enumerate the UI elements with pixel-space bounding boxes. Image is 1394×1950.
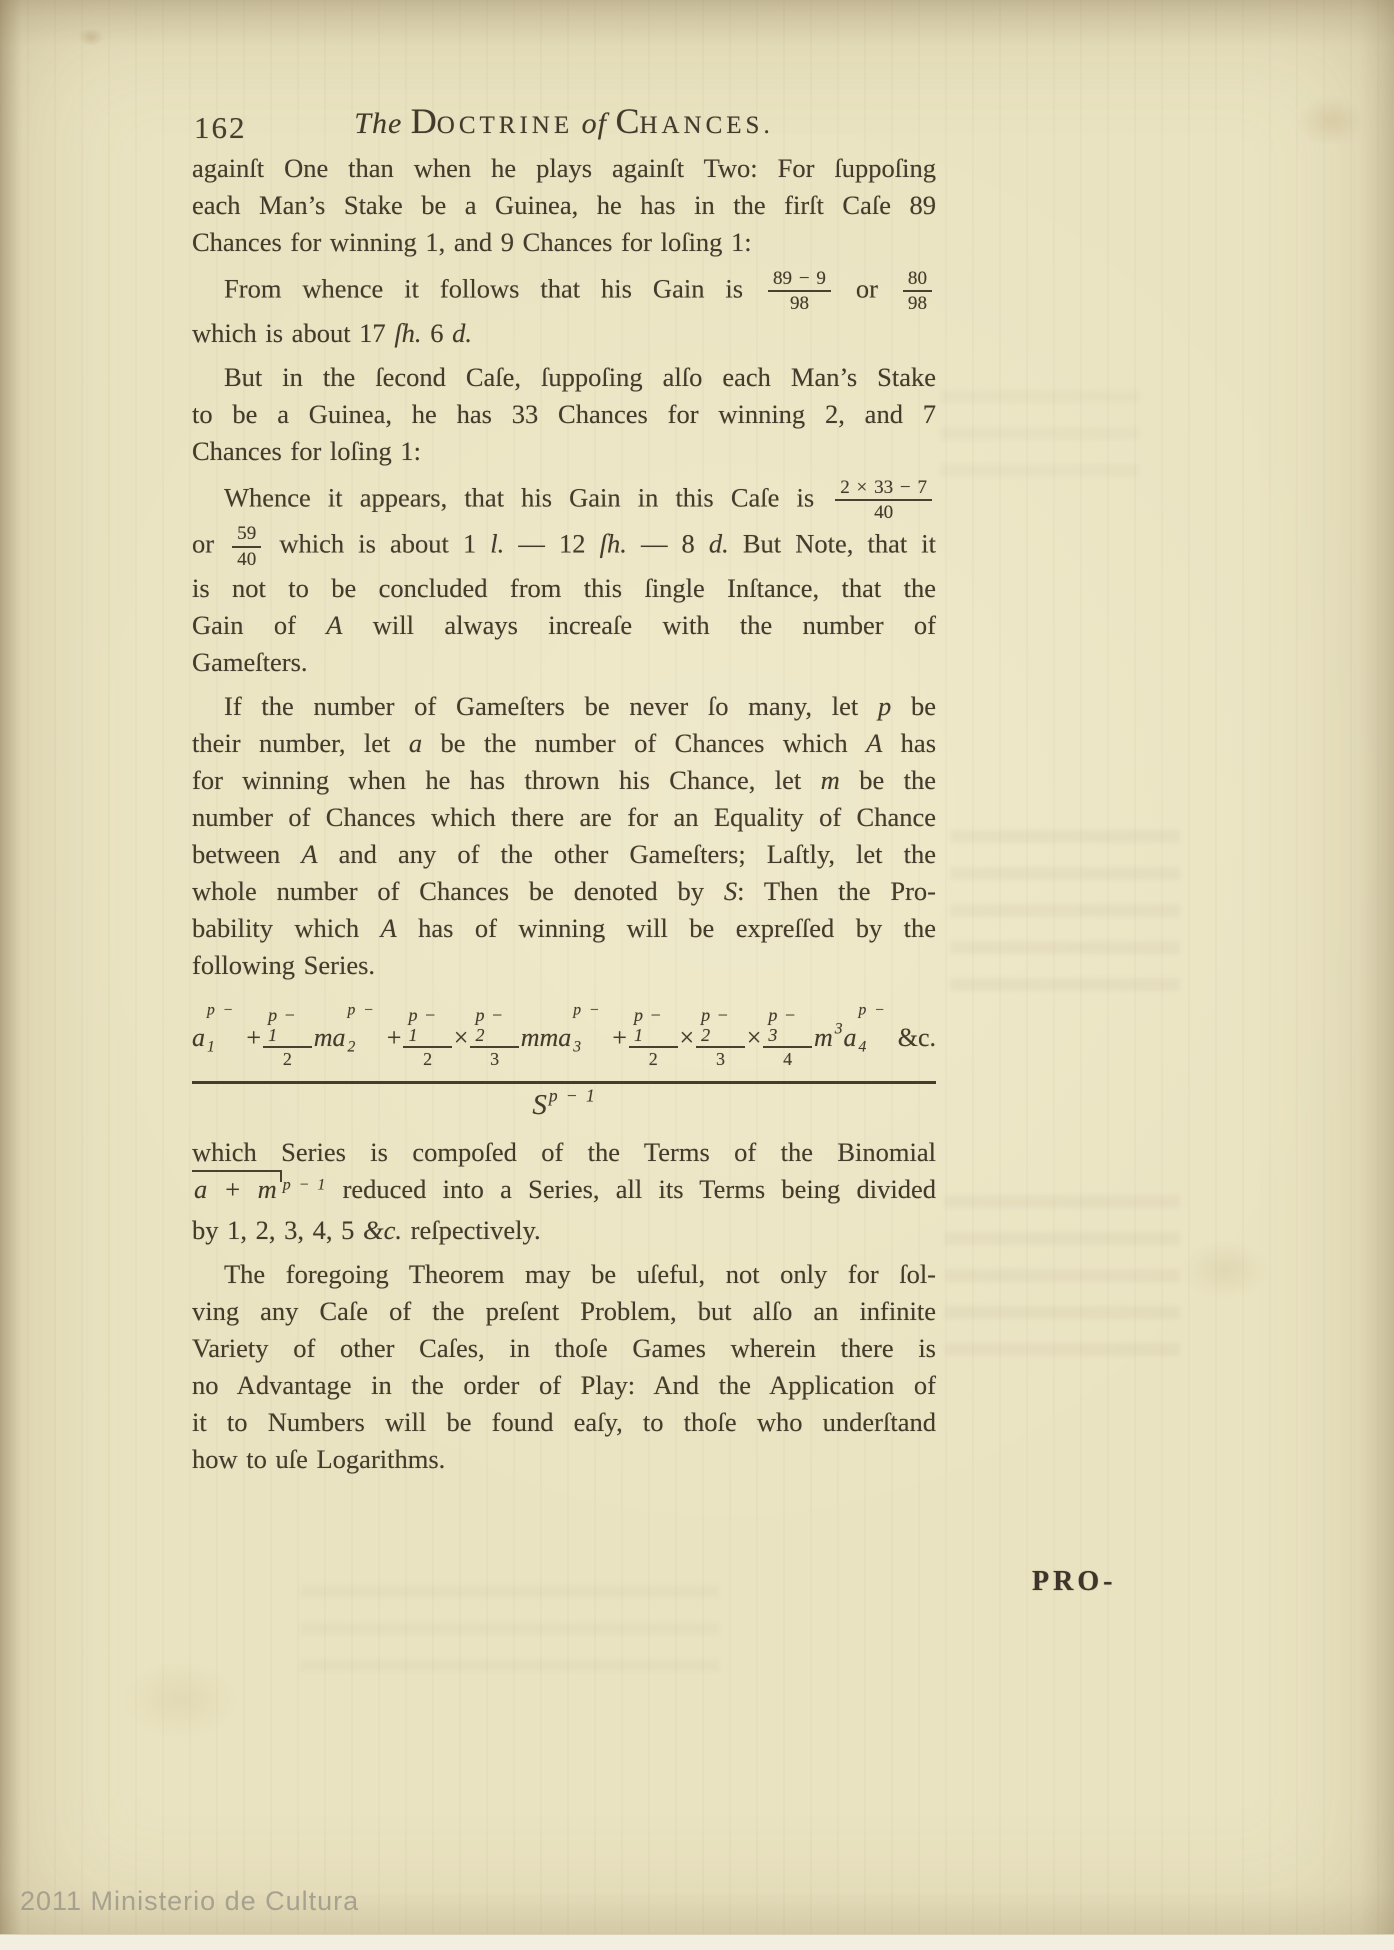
text-segment: or bbox=[835, 273, 899, 303]
fraction-numerator: 80 bbox=[903, 268, 932, 292]
scan-edge-strip bbox=[0, 1934, 1394, 1950]
text-line: Whence it appears, that his Gain in this… bbox=[192, 477, 936, 524]
paragraph: But in the ſecond Caſe, ſuppoſing alſo e… bbox=[192, 359, 936, 470]
italic-text-segment: ſh. bbox=[394, 318, 421, 348]
foxing-spot bbox=[1180, 1240, 1270, 1300]
italic-text-segment: ſh. bbox=[600, 529, 627, 559]
text-segment: it to Numbers will be found eaſy, to tho… bbox=[192, 1407, 936, 1437]
italic-text-segment: A bbox=[381, 913, 397, 943]
text-segment: The foregoing Theorem may be uſeful, not… bbox=[224, 1259, 936, 1289]
text-segment: But in the ſecond Caſe, ſuppoſing alſo e… bbox=[224, 362, 936, 392]
text-segment: : Then the Pro- bbox=[737, 876, 936, 906]
text-segment: Chances for loſing 1: bbox=[192, 436, 421, 466]
fraction-numerator: p − 3 bbox=[763, 1005, 812, 1048]
formula-numerator: ap − 1+p − 12map − 2+p − 12×p − 23mmap −… bbox=[192, 1000, 936, 1074]
text-segment: number of Chances which there are for an… bbox=[192, 802, 936, 832]
running-title: The DOCTRINE of CHANCES. bbox=[192, 100, 936, 142]
text-segment: be bbox=[891, 691, 936, 721]
show-through-smudge bbox=[300, 1585, 720, 1675]
text-segment: following Series. bbox=[192, 950, 375, 980]
inline-fraction: p − 12 bbox=[263, 1005, 312, 1069]
text-segment: or bbox=[192, 529, 228, 559]
page-header: 162 The DOCTRINE of CHANCES. bbox=[192, 100, 936, 142]
inline-fraction: 89 − 998 bbox=[768, 268, 831, 315]
paragraph: The foregoing Theorem may be uſeful, not… bbox=[192, 1256, 936, 1478]
text-line: by 1, 2, 3, 4, 5 &c. reſpectively. bbox=[192, 1212, 936, 1249]
superscript-exponent: p − 1 bbox=[207, 992, 246, 1066]
formula-term: p − 12×p − 23mmap − 3 bbox=[401, 1000, 612, 1074]
italic-text-segment: a bbox=[409, 728, 422, 758]
fraction-denominator: 98 bbox=[908, 292, 927, 314]
text-segment: by 1, 2, 3, 4, 5 bbox=[192, 1215, 363, 1245]
text-segment: for winning when he has thrown his Chanc… bbox=[192, 765, 821, 795]
text-segment: × bbox=[454, 1019, 469, 1056]
text-segment: + bbox=[246, 1019, 261, 1056]
text-segment: and any of the other Gameſters; Laſtly, … bbox=[318, 839, 936, 869]
italic-text-segment: p bbox=[878, 691, 891, 721]
paragraph: From whence it follows that his Gain is … bbox=[192, 268, 936, 352]
fraction-denominator: 40 bbox=[237, 548, 256, 570]
italic-text-segment: a bbox=[844, 1019, 857, 1056]
inline-fraction: p − 23 bbox=[696, 1005, 745, 1069]
text-line: no Advantage in the order of Play: And t… bbox=[192, 1367, 936, 1404]
superscript-exponent: p − 1 bbox=[283, 1166, 327, 1203]
text-segment: will always increaſe with the number of bbox=[342, 610, 936, 640]
fraction-numerator: 2 × 33 − 7 bbox=[835, 477, 932, 501]
text-segment: But Note, that it bbox=[729, 529, 936, 559]
show-through-smudge bbox=[940, 390, 1140, 490]
superscript-exponent: p − 2 bbox=[348, 992, 387, 1066]
italic-text-segment: S bbox=[532, 1087, 547, 1124]
superscript-exponent: p − 1 bbox=[549, 1078, 596, 1115]
body-paragraphs-after-formula: which Series is compoſed of the Terms of… bbox=[192, 1134, 936, 1478]
fraction-denominator: 2 bbox=[283, 1048, 292, 1069]
text-segment: ving any Caſe of the preſent Problem, bu… bbox=[192, 1296, 936, 1326]
foxing-spot bbox=[78, 28, 104, 46]
fraction-numerator: 89 − 9 bbox=[768, 268, 831, 292]
text-segment: which Series is compoſed of the Terms of… bbox=[192, 1137, 936, 1167]
text-segment: — 12 bbox=[504, 529, 599, 559]
text-segment: Chances for winning 1, and 9 Chances for… bbox=[192, 227, 752, 257]
series-formula: ap − 1+p − 12map − 2+p − 12×p − 23mmap −… bbox=[192, 1000, 936, 1124]
text-line: againſt One than when he plays againſt T… bbox=[192, 150, 936, 187]
text-line: But in the ſecond Caſe, ſuppoſing alſo e… bbox=[192, 359, 936, 396]
foxing-spot bbox=[1296, 96, 1366, 146]
text-segment: reſpectively. bbox=[402, 1215, 541, 1245]
fraction-denominator: 3 bbox=[716, 1048, 725, 1069]
inline-fraction: p − 34 bbox=[763, 1005, 812, 1069]
fraction-numerator: p − 2 bbox=[470, 1005, 518, 1048]
fraction-denominator: 40 bbox=[874, 501, 893, 523]
inline-fraction: p − 23 bbox=[470, 1005, 518, 1069]
text-segment: how to uſe Logarithms. bbox=[192, 1444, 445, 1474]
text-line: which is about 17 ſh. 6 d. bbox=[192, 315, 936, 352]
text-segment: no Advantage in the order of Play: And t… bbox=[192, 1370, 936, 1400]
fraction-numerator: p − 2 bbox=[696, 1005, 745, 1048]
text-segment: bability which bbox=[192, 913, 381, 943]
text-line: following Series. bbox=[192, 947, 936, 984]
fraction-numerator: 59 bbox=[232, 523, 261, 547]
text-segment: to be a Guinea, he has 33 Chances for wi… bbox=[192, 399, 936, 429]
italic-text-segment: m bbox=[821, 765, 840, 795]
book-page-scan: 162 The DOCTRINE of CHANCES. againſt One… bbox=[0, 0, 1394, 1950]
text-line: Gain of A will always increaſe with the … bbox=[192, 607, 936, 644]
italic-text-segment: S bbox=[724, 876, 737, 906]
paragraph: which Series is compoſed of the Terms of… bbox=[192, 1134, 936, 1249]
text-segment: If the number of Gameſters be never ſo m… bbox=[224, 691, 878, 721]
fraction-numerator: p − 1 bbox=[263, 1005, 312, 1048]
text-segment: which is about 17 bbox=[192, 318, 394, 348]
text-segment: + bbox=[612, 1019, 627, 1056]
text-segment: againſt One than when he plays againſt T… bbox=[192, 153, 936, 183]
watermark: 2011 Ministerio de Cultura bbox=[20, 1886, 359, 1917]
text-segment: between bbox=[192, 839, 301, 869]
foxing-spot bbox=[120, 1660, 240, 1740]
running-title-of: of bbox=[573, 107, 615, 140]
italic-text-segment: mma bbox=[521, 1019, 572, 1056]
text-segment: From whence it follows that his Gain is bbox=[224, 273, 764, 303]
text-line: a + mp − 1 reduced into a Series, all it… bbox=[192, 1171, 936, 1212]
show-through-smudge bbox=[945, 1195, 1180, 1365]
formula-term: + bbox=[246, 1019, 261, 1056]
text-segment: reduced into a Series, all its Terms bei… bbox=[326, 1174, 936, 1204]
text-line: how to uſe Logarithms. bbox=[192, 1441, 936, 1478]
formula-term: p − 12map − 2 bbox=[261, 1000, 387, 1074]
text-segment: whole number of Chances be denoted by bbox=[192, 876, 724, 906]
body-paragraphs-before-formula: againſt One than when he plays againſt T… bbox=[192, 150, 936, 984]
inline-fraction: 5940 bbox=[232, 523, 261, 570]
italic-text-segment: d. bbox=[709, 529, 729, 559]
text-line: Chances for winning 1, and 9 Chances for… bbox=[192, 224, 936, 261]
fraction-denominator: 98 bbox=[790, 292, 809, 314]
text-segment: 6 bbox=[422, 318, 453, 348]
running-title-smallcaps: HANCES. bbox=[639, 112, 773, 139]
text-line: From whence it follows that his Gain is … bbox=[192, 268, 936, 315]
running-title-initial: D bbox=[411, 101, 437, 141]
page-number: 162 bbox=[194, 110, 247, 146]
text-line: Chances for loſing 1: bbox=[192, 433, 936, 470]
text-segment: has of winning will be expreſſed by the bbox=[397, 913, 936, 943]
italic-text-segment: &c. bbox=[363, 1215, 402, 1245]
text-line: ving any Caſe of the preſent Problem, bu… bbox=[192, 1293, 936, 1330]
text-segment: Gain of bbox=[192, 610, 326, 640]
text-line: or 5940 which is about 1 l. — 12 ſh. — 8… bbox=[192, 523, 936, 570]
italic-text-segment: d. bbox=[452, 318, 472, 348]
superscript-exponent: p − 4 bbox=[859, 992, 898, 1066]
fraction-numerator: p − 1 bbox=[403, 1005, 451, 1048]
text-segment: is not to be concluded from this ſingle … bbox=[192, 573, 936, 603]
formula-denominator: Sp − 1 bbox=[192, 1087, 936, 1124]
formula-denominator-term: Sp − 1 bbox=[532, 1087, 595, 1124]
running-title-the: The bbox=[354, 107, 411, 140]
running-title-smallcaps: OCTRINE bbox=[437, 112, 573, 139]
text-line: it to Numbers will be found eaſy, to tho… bbox=[192, 1404, 936, 1441]
fraction-numerator: p − 1 bbox=[629, 1005, 678, 1048]
formula-term: ap − 1 bbox=[192, 1000, 246, 1074]
text-segment: &c. bbox=[898, 1019, 936, 1056]
fraction-denominator: 2 bbox=[649, 1048, 658, 1069]
text-segment: — 8 bbox=[627, 529, 709, 559]
fraction-denominator: 4 bbox=[783, 1048, 792, 1069]
text-line: Gameſters. bbox=[192, 644, 936, 681]
italic-text-segment: ma bbox=[314, 1019, 346, 1056]
text-segment: × bbox=[747, 1019, 762, 1056]
catchword: PRO- bbox=[1032, 1566, 1116, 1598]
text-line: whole number of Chances be denoted by S:… bbox=[192, 873, 936, 910]
text-segment: × bbox=[680, 1019, 695, 1056]
italic-text-segment: A bbox=[866, 728, 882, 758]
text-line: between A and any of the other Gameſters… bbox=[192, 836, 936, 873]
text-line: each Man’s Stake be a Guinea, he has in … bbox=[192, 187, 936, 224]
running-title-initial: C bbox=[615, 101, 639, 141]
paragraph: againſt One than when he plays againſt T… bbox=[192, 150, 936, 261]
text-segment: each Man’s Stake be a Guinea, he has in … bbox=[192, 190, 936, 220]
show-through-smudge bbox=[950, 830, 1180, 1010]
italic-text-segment: A bbox=[326, 610, 342, 640]
text-segment: Gameſters. bbox=[192, 647, 308, 677]
text-line: bability which A has of winning will be … bbox=[192, 910, 936, 947]
italic-text-segment: A bbox=[301, 839, 317, 869]
inline-fraction: 2 × 33 − 740 bbox=[835, 477, 932, 524]
body-text: againſt One than when he plays againſt T… bbox=[192, 150, 936, 1478]
superscript-exponent: p − 3 bbox=[573, 992, 612, 1066]
formula-term: p − 12×p − 23×p − 34m3ap − 4 bbox=[627, 1000, 898, 1074]
text-segment: their number, let bbox=[192, 728, 409, 758]
text-segment: be the bbox=[840, 765, 936, 795]
italic-text-segment: m bbox=[814, 1019, 833, 1056]
paragraph: Whence it appears, that his Gain in this… bbox=[192, 477, 936, 681]
overlined-binomial: a + m bbox=[192, 1170, 281, 1204]
text-line: number of Chances which there are for an… bbox=[192, 799, 936, 836]
fraction-denominator: 3 bbox=[490, 1048, 499, 1069]
text-line: If the number of Gameſters be never ſo m… bbox=[192, 688, 936, 725]
italic-text-segment: l. bbox=[490, 529, 504, 559]
inline-fraction: p − 12 bbox=[403, 1005, 451, 1069]
paragraph: If the number of Gameſters be never ſo m… bbox=[192, 688, 936, 984]
formula-term: + bbox=[387, 1019, 402, 1056]
text-segment: Variety of other Caſes, in thoſe Games w… bbox=[192, 1333, 936, 1363]
superscript-exponent: 3 bbox=[835, 1010, 844, 1047]
text-segment: Whence it appears, that his Gain in this… bbox=[224, 482, 831, 512]
text-line: Variety of other Caſes, in thoſe Games w… bbox=[192, 1330, 936, 1367]
inline-fraction: 8098 bbox=[903, 268, 932, 315]
text-line: The foregoing Theorem may be uſeful, not… bbox=[192, 1256, 936, 1293]
text-segment: + bbox=[387, 1019, 402, 1056]
text-line: their number, let a be the number of Cha… bbox=[192, 725, 936, 762]
italic-text-segment: a bbox=[192, 1019, 205, 1056]
formula-term: &c. bbox=[898, 1019, 936, 1056]
formula-term: + bbox=[612, 1019, 627, 1056]
text-segment: has bbox=[882, 728, 936, 758]
text-line: is not to be concluded from this ſingle … bbox=[192, 570, 936, 607]
text-line: to be a Guinea, he has 33 Chances for wi… bbox=[192, 396, 936, 433]
text-line: for winning when he has thrown his Chanc… bbox=[192, 762, 936, 799]
text-segment: be the number of Chances which bbox=[422, 728, 866, 758]
fraction-denominator: 2 bbox=[423, 1048, 432, 1069]
text-segment: which is about 1 bbox=[265, 529, 490, 559]
inline-fraction: p − 12 bbox=[629, 1005, 678, 1069]
